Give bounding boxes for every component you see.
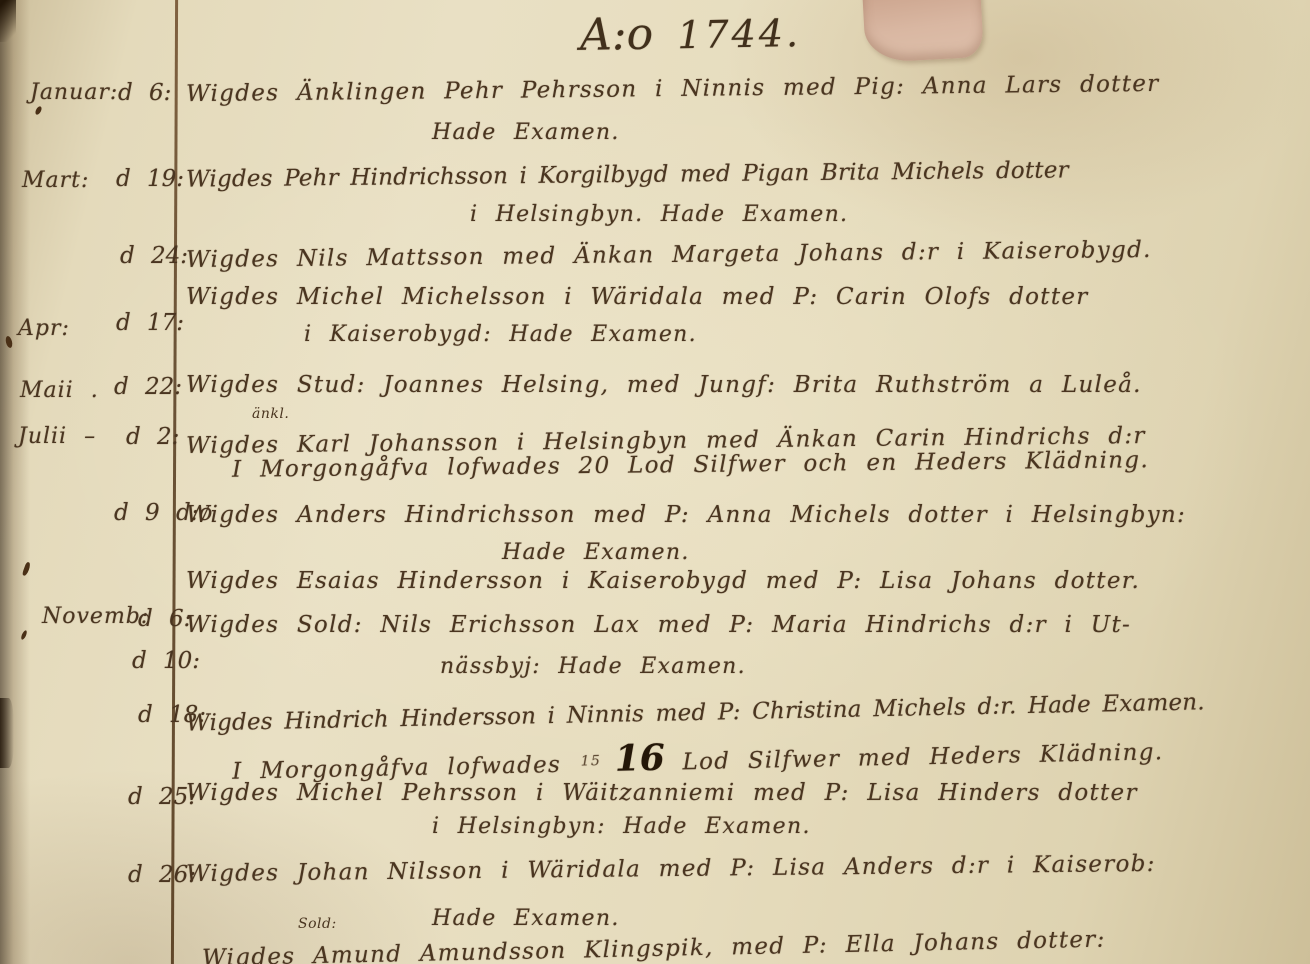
morgongava-suffix: Lod Silfwer med Heders Klädning. bbox=[682, 739, 1163, 775]
record-line: Wigdes Änklingen Pehr Pehrsson i Ninnis … bbox=[186, 71, 1160, 107]
margin-month-julii: Julii – bbox=[18, 424, 96, 449]
ink-mark bbox=[0, 698, 14, 768]
record-continuation: nässbyj: Hade Examen. bbox=[440, 654, 746, 679]
margin-day-2: d 2: bbox=[126, 424, 179, 450]
margin-day-24: d 24: bbox=[120, 243, 188, 269]
ink-mark bbox=[0, 0, 16, 42]
margin-day-6: d 6: bbox=[118, 80, 171, 106]
superscript-ankl: änkl. bbox=[252, 406, 289, 422]
year-value: 1744. bbox=[677, 11, 802, 57]
record-continuation: i Helsingbyn. Hade Examen. bbox=[470, 202, 848, 227]
record-line: Wigdes Nils Mattsson med Änkan Margeta J… bbox=[186, 237, 1152, 273]
record-continuation: i Helsingbyn: Hade Examen. bbox=[432, 814, 811, 839]
record-line: Wigdes Stud: Joannes Helsing, med Jungf:… bbox=[186, 372, 1142, 398]
superscript-sold: Sold: bbox=[298, 916, 337, 932]
binding-edge-shadow bbox=[0, 0, 30, 964]
paper-repair-tab bbox=[862, 0, 984, 63]
margin-month-maii: Maii . bbox=[20, 378, 99, 403]
margin-month-mart: Mart: bbox=[22, 168, 89, 193]
ink-mark bbox=[34, 105, 43, 115]
record-line: Wigdes Pehr Hindrichsson i Korgilbygd me… bbox=[186, 157, 1069, 192]
record-continuation: Hade Examen. bbox=[432, 120, 620, 145]
record-line: Wigdes Anders Hindrichsson med P: Anna M… bbox=[186, 502, 1186, 528]
anno-abbreviation: A:o bbox=[580, 9, 654, 61]
record-continuation: i Kaiserobygd: Hade Examen. bbox=[304, 322, 697, 347]
margin-month-apr: Apr: bbox=[18, 316, 70, 341]
morgongava-corrected-line: I Morgongåfva lofwades 15 16 Lod Silfwer… bbox=[232, 726, 1164, 787]
record-line: Wigdes Sold: Nils Erichsson Lax med P: M… bbox=[186, 612, 1131, 638]
margin-day-6b: d 6: bbox=[138, 606, 191, 632]
year-heading: A:o 1744. bbox=[580, 6, 802, 61]
margin-day-17: d 17: bbox=[116, 310, 184, 336]
margin-day-19: d 19: bbox=[116, 166, 184, 192]
record-line: Wigdes Michel Pehrsson i Wäitzanniemi me… bbox=[186, 780, 1138, 806]
record-line: Wigdes Michel Michelsson i Wäridala med … bbox=[186, 284, 1089, 310]
record-line: Wigdes Esaias Hindersson i Kaiserobygd m… bbox=[186, 568, 1140, 594]
margin-day-10: d 10: bbox=[132, 648, 200, 674]
record-continuation: Hade Examen. bbox=[432, 906, 620, 931]
manuscript-page: A:o 1744. Januar: Mart: Apr: Maii . Juli… bbox=[0, 0, 1310, 964]
record-line: Wigdes Johan Nilsson i Wäridala med P: L… bbox=[186, 851, 1156, 887]
record-line-clipped: Wigdes Amund Amundsson Klingspik, med P:… bbox=[202, 927, 1106, 964]
margin-month-novemb: Novemb: bbox=[42, 604, 149, 629]
margin-day-22: d 22: bbox=[114, 374, 182, 400]
crossed-out-amount: 15 bbox=[581, 753, 602, 769]
corrected-amount: 16 bbox=[614, 737, 665, 780]
record-continuation: Hade Examen. bbox=[502, 540, 690, 565]
margin-month-januar: Januar: bbox=[30, 80, 118, 105]
margin-rule-line bbox=[171, 0, 178, 964]
